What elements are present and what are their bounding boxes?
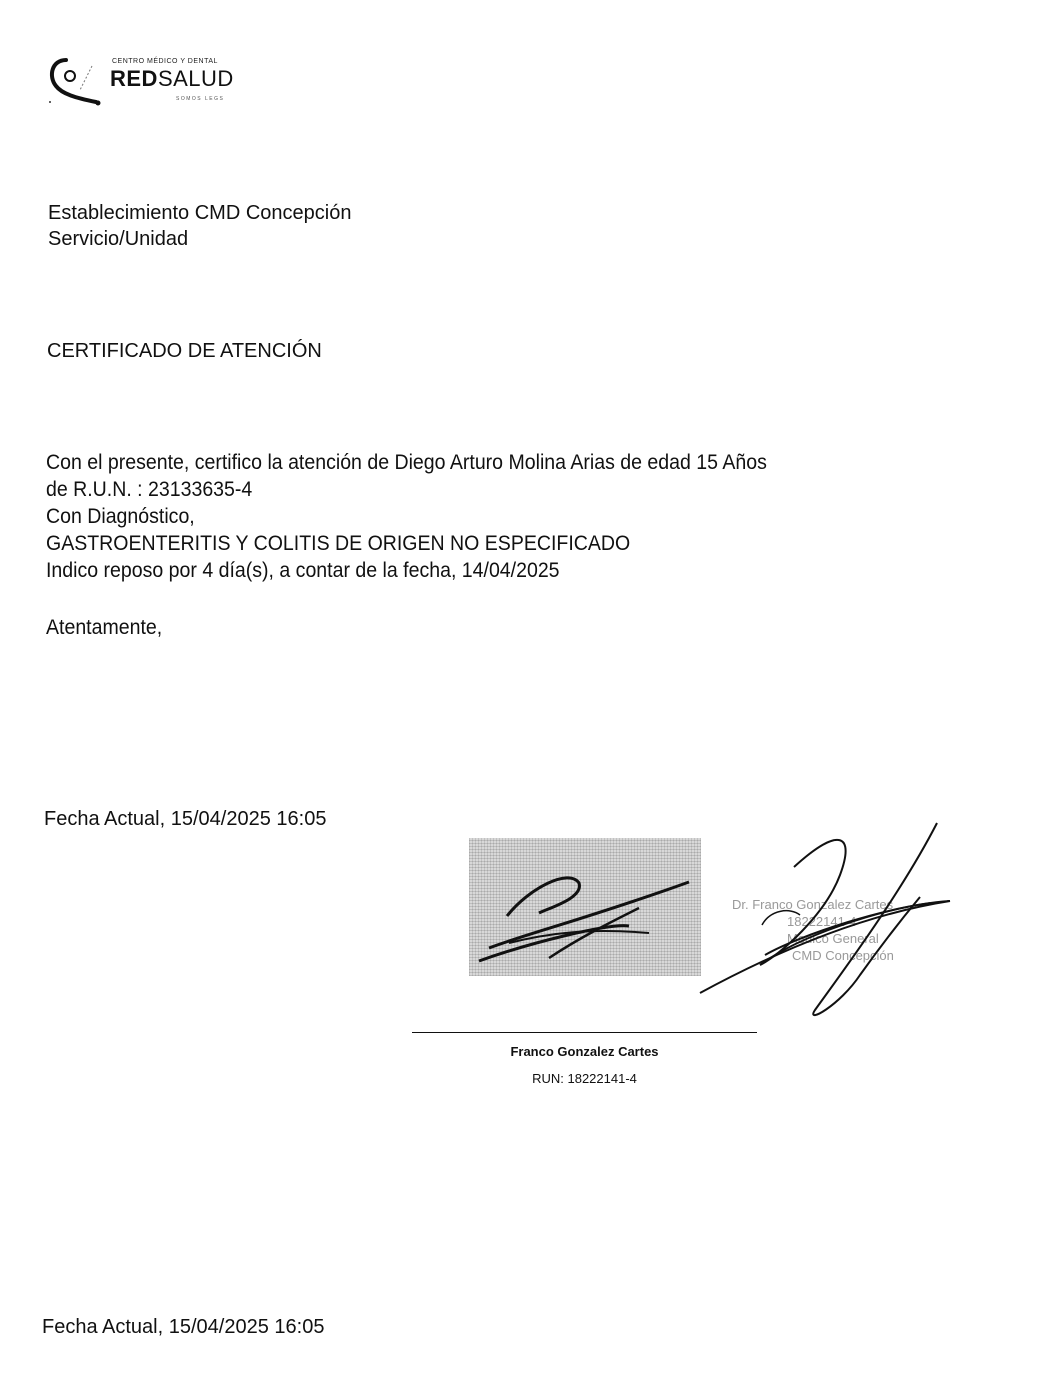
logo-brand-bold: RED xyxy=(110,66,158,91)
footer-date: Fecha Actual, 15/04/2025 16:05 xyxy=(42,1314,324,1340)
signer-name: Franco Gonzalez Cartes xyxy=(412,1044,757,1059)
handwritten-signature-icon xyxy=(690,815,980,1025)
stamp-signature-icon xyxy=(469,838,701,976)
certificate-body: Con el presente, certifico la atención d… xyxy=(46,449,821,584)
logo-mark-icon xyxy=(46,52,116,112)
logo-brand-light: SALUD xyxy=(158,66,234,91)
diagnosis: GASTROENTERITIS Y COLITIS DE ORIGEN NO E… xyxy=(46,530,767,557)
signer-run: RUN: 18222141-4 xyxy=(412,1071,757,1086)
logo-tagline: CENTRO MÉDICO Y DENTAL xyxy=(112,58,218,65)
current-date: Fecha Actual, 15/04/2025 16:05 xyxy=(44,806,326,832)
stamp-image xyxy=(469,838,701,976)
logo-brand: REDSALUD xyxy=(110,66,234,92)
signature-line xyxy=(412,1032,757,1033)
document-title: CERTIFICADO DE ATENCIÓN xyxy=(47,338,322,364)
logo-subline: SOMOS LEGS xyxy=(176,96,224,102)
rest-indication: Indico reposo por 4 día(s), a contar de … xyxy=(46,557,767,584)
patient-line: Con el presente, certifico la atención d… xyxy=(46,449,767,476)
run-line: de R.U.N. : 23133635-4 xyxy=(46,476,767,503)
redsalud-logo: CENTRO MÉDICO Y DENTAL REDSALUD SOMOS LE… xyxy=(46,52,266,112)
closing: Atentamente, xyxy=(46,614,162,641)
service-unit: Servicio/Unidad xyxy=(48,226,188,252)
diagnosis-label: Con Diagnóstico, xyxy=(46,503,767,530)
establishment: Establecimiento CMD Concepción xyxy=(48,200,351,226)
